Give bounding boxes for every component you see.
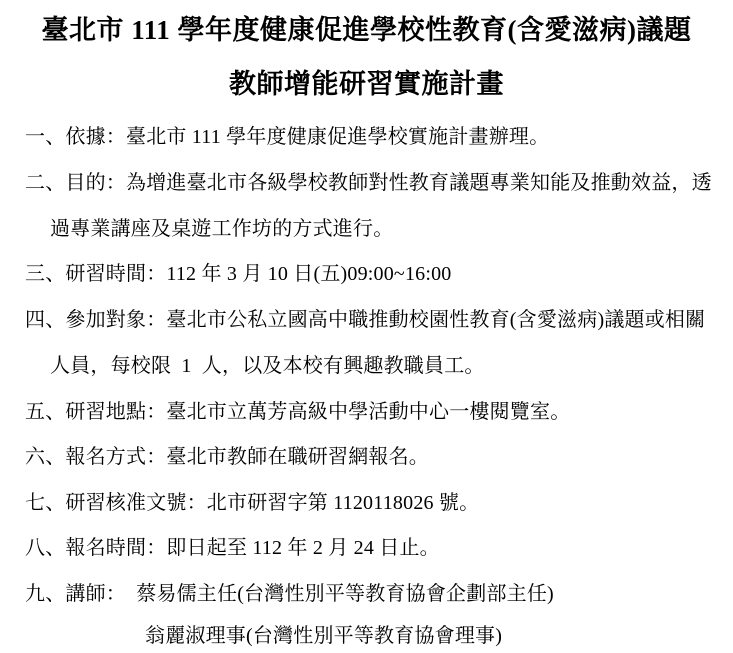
list-item-8-registration-period: 八、報名時間：即日起至 112 年 2 月 24 日止。 bbox=[25, 535, 440, 561]
list-item-2-purpose: 二、目的：為增進臺北市各級學校教師對性教育議題專業知能及推動效益，透 bbox=[25, 170, 712, 196]
doc-title-line-1: 臺北市 111 學年度健康促進學校性教育(含愛滋病)議題 bbox=[0, 14, 733, 46]
list-item-5-location: 五、研習地點：臺北市立萬芳高級中學活動中心一樓閱覽室。 bbox=[25, 399, 570, 425]
list-item-1-basis: 一、依據：臺北市 111 學年度健康促進學校實施計畫辦理。 bbox=[25, 124, 549, 150]
document-page: 臺北市 111 學年度健康促進學校性教育(含愛滋病)議題 教師增能研習實施計畫 … bbox=[0, 0, 733, 653]
list-item-9-lecturer-2: 翁麗淑理事(台灣性別平等教育協會理事) bbox=[145, 623, 502, 649]
list-item-6-registration-method: 六、報名方式：臺北市教師在職研習網報名。 bbox=[25, 444, 429, 470]
doc-title-line-2: 教師增能研習實施計畫 bbox=[0, 68, 733, 100]
list-item-2-purpose-continuation: 過專業講座及桌遊工作坊的方式進行。 bbox=[50, 216, 393, 242]
list-item-4-participants-continuation: 人員，每校限 1 人，以及本校有興趣教職員工。 bbox=[50, 353, 485, 379]
list-item-3-time: 三、研習時間：112 年 3 月 10 日(五)09:00~16:00 bbox=[25, 261, 452, 287]
list-item-9-lecturer-1: 九、講師： 蔡易儒主任(台灣性別平等教育協會企劃部主任) bbox=[25, 581, 554, 607]
list-item-4-participants: 四、參加對象：臺北市公私立國高中職推動校園性教育(含愛滋病)議題或相關 bbox=[25, 307, 705, 333]
list-item-7-approval-number: 七、研習核准文號：北市研習字第 1120118026 號。 bbox=[25, 490, 479, 516]
